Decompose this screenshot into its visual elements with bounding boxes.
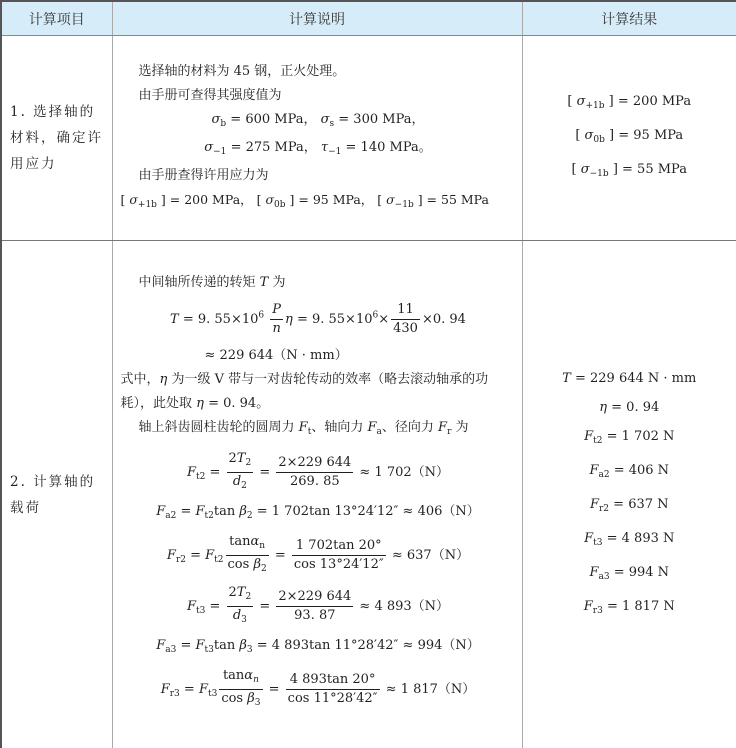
result-line: Fr3 = 1 817 N — [523, 592, 736, 626]
desc-text: 式中， — [121, 372, 160, 387]
calc-description-material: 选择轴的材料为 45 钢，正火处理。 由手册可查得其强度值为 σb = 600 … — [112, 36, 522, 241]
equation-fa3: Fa3 = Ft3tan β3 = 4 893tan 11°28′42″ ≈ 9… — [121, 635, 516, 661]
result-value: = 4 893 N — [607, 531, 675, 546]
result-value: = 0. 94 — [611, 400, 659, 415]
sigma-0b-value: ] = 95 MPa， — [290, 192, 374, 207]
equation-fa2: Fa2 = Ft2tan β2 = 1 702tan 13°24′12″ ≈ 4… — [121, 501, 516, 527]
sigma-m1-value: = 275 MPa， — [231, 140, 317, 155]
result-value: ] = 55 MPa — [613, 162, 687, 177]
result-line: Ft3 = 4 893 N — [523, 524, 736, 558]
desc-line: 由手册查得许用应力为 — [121, 164, 516, 188]
table-row: 1. 选择轴的材料，确定许用应力 选择轴的材料为 45 钢，正火处理。 由手册可… — [1, 36, 736, 241]
calc-item-material: 1. 选择轴的材料，确定许用应力 — [1, 36, 112, 241]
sigma-p1b-value: ] = 200 MPa， — [161, 192, 253, 207]
equation-ft2: Ft2 = 2T2d2 = 2×229 644269. 85 ≈ 1 702（N… — [121, 450, 516, 495]
result-value: = 637 N — [613, 497, 668, 512]
result-line: Fa3 = 994 N — [523, 558, 736, 592]
header-calc-item: 计算项目 — [1, 1, 112, 36]
result-line: Ft2 = 1 702 N — [523, 422, 736, 456]
equation-fr3: Fr3 = Ft3tanαncos β3 = 4 893tan 20°cos 1… — [121, 667, 516, 712]
sigma-m1b-value: ] = 55 MPa — [418, 192, 489, 207]
equation-fr2: Fr2 = Ft2tanαncos β2 = 1 702tan 20°cos 1… — [121, 533, 516, 578]
efficiency-note: 式中，η 为一级 V 带与一对齿轮传动的效率（略去滚动轴承的功耗），此处取 η … — [121, 368, 516, 416]
result-line: Fr2 = 637 N — [523, 490, 736, 524]
torque-equation: T = 9. 55×106 Pnη = 9. 55×106×11430×0. 9… — [121, 301, 516, 338]
forces-intro: 轴上斜齿圆柱齿轮的圆周力 Ft、轴向力 Fa、径向力 Fr 为 — [121, 416, 516, 444]
desc-text: 为 — [456, 420, 469, 435]
result-value: ] = 95 MPa — [609, 128, 683, 143]
desc-line: 选择轴的材料为 45 钢，正火处理。 — [121, 60, 516, 84]
calculation-table: 计算项目 计算说明 计算结果 1. 选择轴的材料，确定许用应力 选择轴的材料为 … — [0, 0, 736, 748]
header-row: 计算项目 计算说明 计算结果 — [1, 1, 736, 36]
desc-text: 轴上斜齿圆柱齿轮的圆周力 — [139, 420, 295, 435]
result-line: [ σ0b ] = 95 MPa — [523, 121, 736, 155]
desc-text: 、径向力 — [382, 420, 434, 435]
strength-values-2: σ−1 = 275 MPa， τ−1 = 140 MPa。 — [121, 136, 516, 164]
table-row: 2. 计算轴的载荷 中间轴所传递的转矩 T 为 T = 9. 55×106 Pn… — [1, 241, 736, 748]
tau-m1-value: = 140 MPa。 — [346, 140, 432, 155]
header-calc-description: 计算说明 — [112, 1, 522, 36]
torque-approx: ≈ 229 644（N · mm） — [121, 344, 516, 368]
desc-line: 由手册可查得其强度值为 — [121, 84, 516, 108]
result-line: η = 0. 94 — [523, 393, 736, 422]
result-value: = 1 817 N — [607, 599, 675, 614]
result-value: = 406 N — [614, 463, 669, 478]
result-value: = 229 644 N · mm — [575, 371, 696, 386]
header-calc-result: 计算结果 — [522, 1, 736, 36]
result-line: [ σ−1b ] = 55 MPa — [523, 155, 736, 189]
calc-description-load: 中间轴所传递的转矩 T 为 T = 9. 55×106 Pnη = 9. 55×… — [112, 241, 522, 748]
desc-text: 中间轴所传递的转矩 — [139, 275, 256, 290]
allowable-stress-line: [ σ+1b ] = 200 MPa， [ σ0b ] = 95 MPa， [ … — [121, 188, 516, 217]
result-line: [ σ+1b ] = 200 MPa — [523, 87, 736, 121]
result-value: ] = 200 MPa — [609, 94, 691, 109]
calc-result-material: [ σ+1b ] = 200 MPa [ σ0b ] = 95 MPa [ σ−… — [522, 36, 736, 241]
desc-text: 为 — [272, 275, 285, 290]
desc-text: 为一级 V 带与一对齿轮传动的效率（略去滚动轴承的功耗），此处取 — [121, 372, 489, 411]
result-line: T = 229 644 N · mm — [523, 364, 736, 393]
sigma-s-value: = 300 MPa， — [338, 112, 424, 127]
result-line: Fa2 = 406 N — [523, 456, 736, 490]
calc-result-load: T = 229 644 N · mm η = 0. 94 Ft2 = 1 702… — [522, 241, 736, 748]
equation-ft3: Ft3 = 2T2d3 = 2×229 64493. 87 ≈ 4 893（N） — [121, 584, 516, 629]
strength-values-1: σb = 600 MPa， σs = 300 MPa， — [121, 108, 516, 136]
torque-intro: 中间轴所传递的转矩 T 为 — [121, 271, 516, 295]
calc-item-load: 2. 计算轴的载荷 — [1, 241, 112, 748]
sigma-b-value: = 600 MPa， — [230, 112, 316, 127]
desc-text: = 0. 94。 — [208, 396, 269, 411]
result-value: = 994 N — [614, 565, 669, 580]
result-value: = 1 702 N — [607, 429, 675, 444]
desc-text: 、轴向力 — [311, 420, 363, 435]
